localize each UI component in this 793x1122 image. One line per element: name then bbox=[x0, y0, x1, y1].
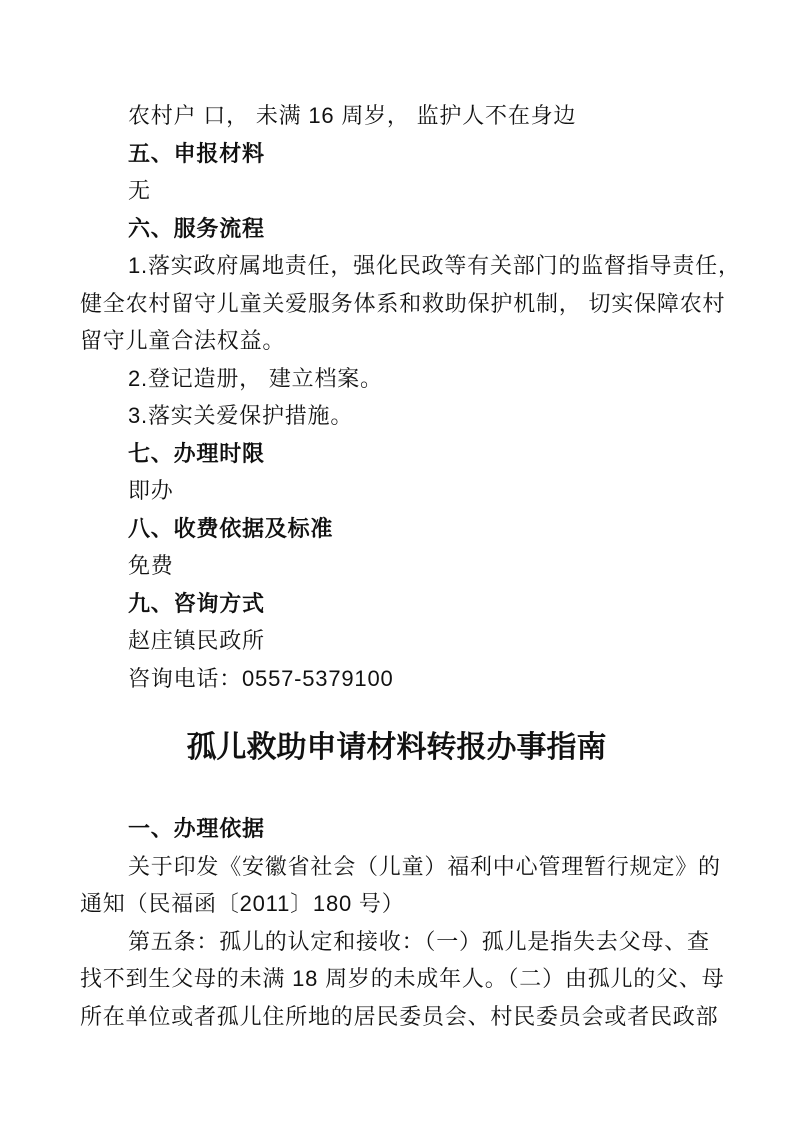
text-line: 关于印发《安徽省社会（儿童）福利中心管理暂行规定》的 bbox=[80, 848, 713, 886]
document-title: 孤儿救助申请材料转报办事指南 bbox=[80, 725, 713, 771]
text-line: 1.落实政府属地责任，强化民政等有关部门的监督指导责任， bbox=[80, 247, 713, 285]
text-line: 健全农村留守儿童关爱服务体系和救助保护机制， 切实保障农村 bbox=[80, 285, 713, 323]
section-heading-9: 九、咨询方式 bbox=[80, 585, 713, 623]
text-line: 3.落实关爱保护措施。 bbox=[80, 397, 713, 435]
text-line: 通知（民福函〔2011〕180 号） bbox=[80, 885, 713, 923]
contact-phone-line: 咨询电话：0557-5379100 bbox=[80, 660, 713, 698]
section-heading-8: 八、收费依据及标准 bbox=[80, 510, 713, 548]
text-line: 2.登记造册， 建立档案。 bbox=[80, 360, 713, 398]
document-page: 农村户 口， 未满 16 周岁， 监护人不在身边 五、申报材料 无 六、服务流程… bbox=[0, 0, 793, 1122]
service-guide-continuation-section: 农村户 口， 未满 16 周岁， 监护人不在身边 五、申报材料 无 六、服务流程… bbox=[80, 97, 713, 697]
section-heading-1: 一、办理依据 bbox=[80, 810, 713, 848]
page-content: 农村户 口， 未满 16 周岁， 监护人不在身边 五、申报材料 无 六、服务流程… bbox=[0, 0, 793, 1035]
text-line: 即办 bbox=[80, 472, 713, 510]
section-heading-6: 六、服务流程 bbox=[80, 210, 713, 248]
orphan-aid-guide-section: 一、办理依据 关于印发《安徽省社会（儿童）福利中心管理暂行规定》的 通知（民福函… bbox=[80, 810, 713, 1035]
text-line: 留守儿童合法权益。 bbox=[80, 322, 713, 360]
text-line: 找不到生父母的未满 18 周岁的未成年人。（二）由孤儿的父、母 bbox=[80, 960, 713, 998]
section-heading-7: 七、办理时限 bbox=[80, 435, 713, 473]
text-line: 第五条：孤儿的认定和接收：（一）孤儿是指失去父母、查 bbox=[80, 923, 713, 961]
text-line: 农村户 口， 未满 16 周岁， 监护人不在身边 bbox=[80, 97, 713, 135]
text-line: 无 bbox=[80, 172, 713, 210]
contact-office-line: 赵庄镇民政所 bbox=[80, 622, 713, 660]
text-line: 所在单位或者孤儿住所地的居民委员会、村民委员会或者民政部 bbox=[80, 998, 713, 1036]
section-heading-5: 五、申报材料 bbox=[80, 135, 713, 173]
text-line: 免费 bbox=[80, 547, 713, 585]
